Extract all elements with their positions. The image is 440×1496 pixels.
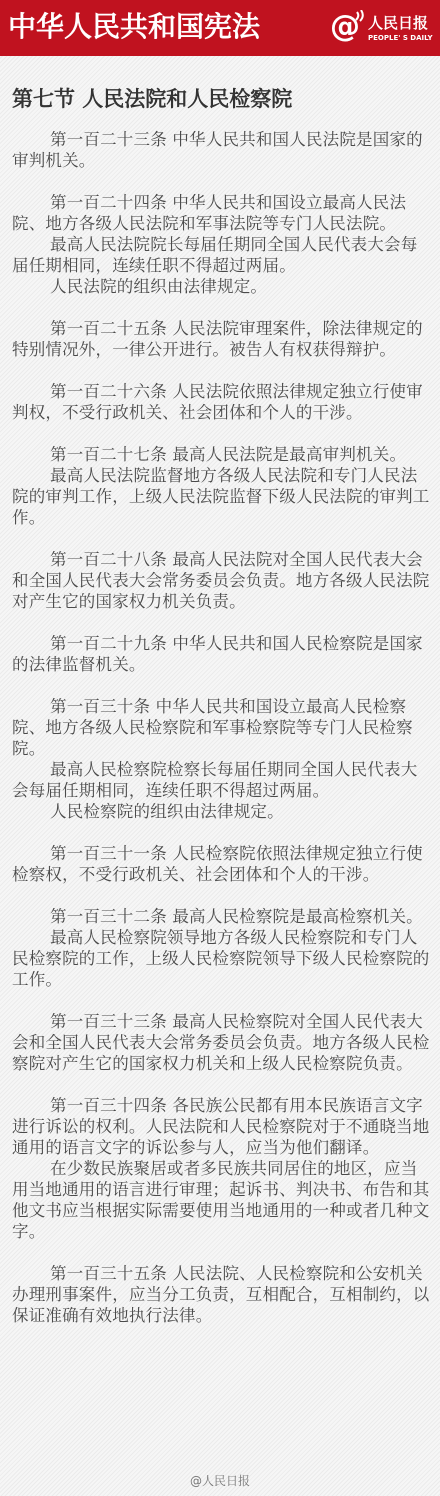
article-paragraph: 第一百二十四条 中华人民共和国设立最高人民法院、地方各级人民法院和军事法院等专门… <box>12 192 432 234</box>
watermark-credit: @人民日报 <box>0 1473 440 1489</box>
article-127: 第一百二十七条 最高人民法院是最高审判机关。 最高人民法院监督地方各级人民法院和… <box>12 444 432 528</box>
article-paragraph: 人民检察院的组织由法律规定。 <box>12 801 432 822</box>
article-126: 第一百二十六条 人民法院依照法律规定独立行使审判权，不受行政机关、社会团体和个人… <box>12 381 432 423</box>
article-paragraph: 第一百二十五条 人民法院审理案件，除法律规定的特别情况外，一律公开进行。被告人有… <box>12 318 432 360</box>
article-133: 第一百三十三条 最高人民检察院对全国人民代表大会和全国人民代表大会常务委员会负责… <box>12 1011 432 1074</box>
article-paragraph: 最高人民法院院长每届任期同全国人民代表大会每届任期相同，连续任职不得超过两届。 <box>12 234 432 276</box>
article-125: 第一百二十五条 人民法院审理案件，除法律规定的特别情况外，一律公开进行。被告人有… <box>12 318 432 360</box>
article-paragraph: 第一百三十一条 人民检察院依照法律规定独立行使检察权，不受行政机关、社会团体和个… <box>12 843 432 885</box>
article-128: 第一百二十八条 最高人民法院对全国人民代表大会和全国人民代表大会常务委员会负责。… <box>12 549 432 612</box>
logo-name-en: PEOPLE' S DAILY <box>368 34 433 43</box>
article-paragraph: 第一百二十七条 最高人民法院是最高审判机关。 <box>12 444 432 465</box>
section-title: 第七节 人民法院和人民检察院 <box>12 86 292 112</box>
article-paragraph: 第一百二十九条 中华人民共和国人民检察院是国家的法律监督机关。 <box>12 633 432 675</box>
article-paragraph: 最高人民法院监督地方各级人民法院和专门人民法院的审判工作，上级人民法院监督下级人… <box>12 465 432 528</box>
article-135: 第一百三十五条 人民法院、人民检察院和公安机关办理刑事案件，应当分工负责，互相配… <box>12 1263 432 1326</box>
broadcast-waves-icon <box>354 10 368 26</box>
article-paragraph: 第一百二十六条 人民法院依照法律规定独立行使审判权，不受行政机关、社会团体和个人… <box>12 381 432 423</box>
article-124: 第一百二十四条 中华人民共和国设立最高人民法院、地方各级人民法院和军事法院等专门… <box>12 192 432 297</box>
header-banner: 中华人民共和国宪法 @ 人民日报 PEOPLE' S DAILY <box>0 0 440 56</box>
article-129: 第一百二十九条 中华人民共和国人民检察院是国家的法律监督机关。 <box>12 633 432 675</box>
article-paragraph: 第一百二十三条 中华人民共和国人民法院是国家的审判机关。 <box>12 129 432 171</box>
article-paragraph: 第一百三十四条 各民族公民都有用本民族语言文字进行诉讼的权利。人民法院和人民检察… <box>12 1095 432 1158</box>
logo-name-cn: 人民日报 <box>368 14 428 32</box>
article-paragraph: 第一百三十三条 最高人民检察院对全国人民代表大会和全国人民代表大会常务委员会负责… <box>12 1011 432 1074</box>
article-paragraph: 第一百三十条 中华人民共和国设立最高人民检察院、地方各级人民检察院和军事检察院等… <box>12 696 432 759</box>
article-130: 第一百三十条 中华人民共和国设立最高人民检察院、地方各级人民检察院和军事检察院等… <box>12 696 432 822</box>
article-paragraph: 在少数民族聚居或者多民族共同居住的地区，应当用当地通用的语言进行审理；起诉书、判… <box>12 1158 432 1242</box>
articles-list: 第一百二十三条 中华人民共和国人民法院是国家的审判机关。 第一百二十四条 中华人… <box>12 129 432 1347</box>
peoples-daily-logo: @ 人民日报 PEOPLE' S DAILY <box>328 10 432 48</box>
article-134: 第一百三十四条 各民族公民都有用本民族语言文字进行诉讼的权利。人民法院和人民检察… <box>12 1095 432 1242</box>
article-paragraph: 最高人民检察院领导地方各级人民检察院和专门人民检察院的工作，上级人民检察院领导下… <box>12 927 432 990</box>
article-131: 第一百三十一条 人民检察院依照法律规定独立行使检察权，不受行政机关、社会团体和个… <box>12 843 432 885</box>
constitution-title: 中华人民共和国宪法 <box>8 10 260 44</box>
article-paragraph: 最高人民检察院检察长每届任期同全国人民代表大会每届任期相同，连续任职不得超过两届… <box>12 759 432 801</box>
article-123: 第一百二十三条 中华人民共和国人民法院是国家的审判机关。 <box>12 129 432 171</box>
article-paragraph: 第一百三十五条 人民法院、人民检察院和公安机关办理刑事案件，应当分工负责，互相配… <box>12 1263 432 1326</box>
article-paragraph: 人民法院的组织由法律规定。 <box>12 276 432 297</box>
article-paragraph: 第一百三十二条 最高人民检察院是最高检察机关。 <box>12 906 432 927</box>
article-paragraph: 第一百二十八条 最高人民法院对全国人民代表大会和全国人民代表大会常务委员会负责。… <box>12 549 432 612</box>
article-132: 第一百三十二条 最高人民检察院是最高检察机关。 最高人民检察院领导地方各级人民检… <box>12 906 432 990</box>
